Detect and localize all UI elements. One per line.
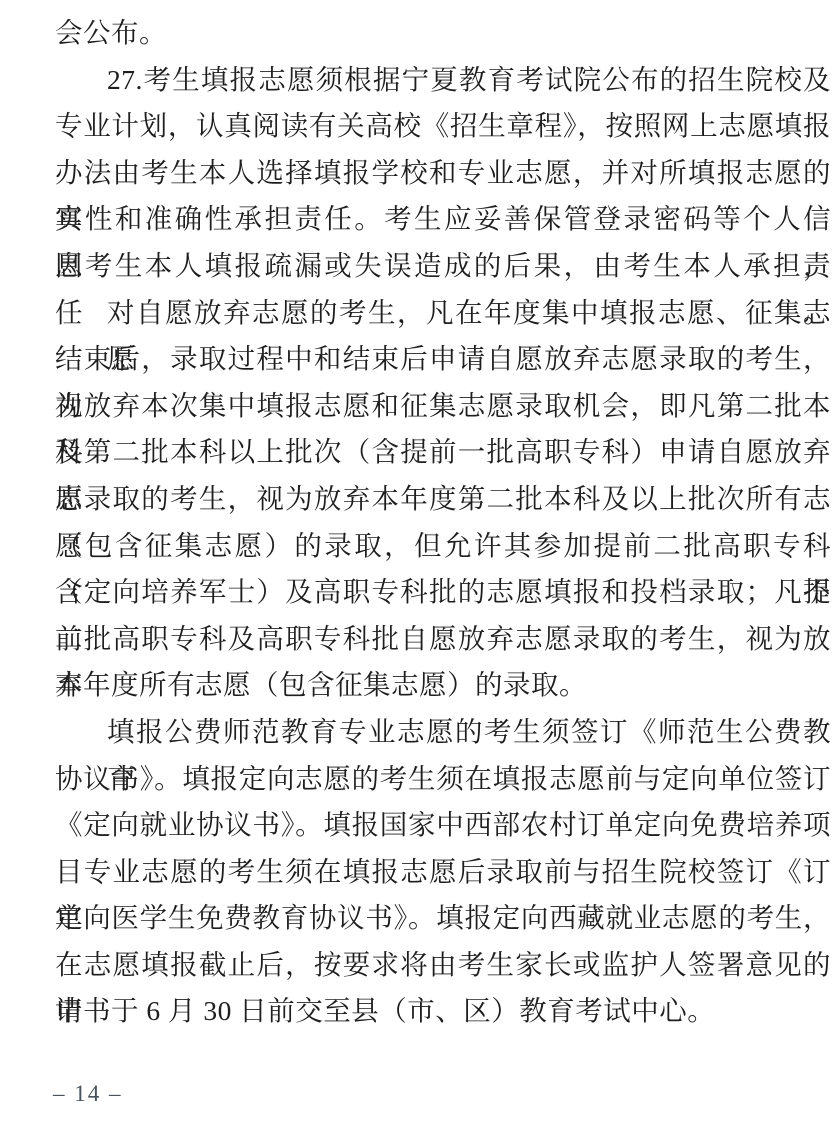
text-line: 二批高职专科及高职专科批自愿放弃志愿录取的考生，视为放弃: [55, 616, 831, 663]
text-line: 为放弃本次集中填报志愿和征集志愿录取机会，即凡第二批本科: [55, 383, 831, 430]
text-line: 27.考生填报志愿须根据宁夏教育考试院公布的招生院校及: [55, 57, 831, 104]
text-line: 对自愿放弃志愿的考生，凡在年度集中填报志愿、征集志愿: [55, 290, 831, 337]
text-line: 结束后，录取过程中和结束后申请自愿放弃志愿录取的考生，视: [55, 336, 831, 383]
text-line: 专业计划，认真阅读有关高校《招生章程》，按照网上志愿填报: [55, 103, 831, 150]
text-line: 办法由考生本人选择填报学校和专业志愿，并对所填报志愿的真: [55, 150, 831, 197]
text-line: 及第二批本科以上批次（含提前一批高职专科）申请自愿放弃志: [55, 429, 831, 476]
text-line: 实性和准确性承担责任。考生应妥善保管登录密码等个人信息，: [55, 196, 831, 243]
text-line: 《定向就业协议书》。填报国家中西部农村订单定向免费培养项: [55, 802, 831, 849]
text-line: 在志愿填报截止后，按要求将由考生家长或监护人签署意见的申: [55, 942, 831, 989]
text-line: 本年度所有志愿（包含征集志愿）的录取。: [55, 662, 831, 709]
document-page: 会公布。27.考生填报志愿须根据宁夏教育考试院公布的招生院校及专业计划，认真阅读…: [0, 0, 837, 1145]
text-line: 愿录取的考生，视为放弃本年度第二批本科及以上批次所有志愿: [55, 476, 831, 523]
document-body: 会公布。27.考生填报志愿须根据宁夏教育考试院公布的招生院校及专业计划，认真阅读…: [55, 10, 831, 1035]
page-number: – 14 –: [53, 1080, 123, 1108]
text-line: （包含征集志愿）的录取，但允许其参加提前二批高职专科（不: [55, 523, 831, 570]
text-line: 协议书》。填报定向志愿的考生须在填报志愿前与定向单位签订: [55, 756, 831, 803]
text-line: 因考生本人填报疏漏或失误造成的后果，由考生本人承担责任。: [55, 243, 831, 290]
text-line: 定向医学生免费教育协议书》。填报定向西藏就业志愿的考生，: [55, 895, 831, 942]
text-line: 请书于 6 月 30 日前交至县（市、区）教育考试中心。: [55, 988, 831, 1035]
text-line: 填报公费师范教育专业志愿的考生须签订《师范生公费教育: [55, 709, 831, 756]
text-line: 含定向培养军士）及高职专科批的志愿填报和投档录取；凡提前: [55, 569, 831, 616]
text-line: 会公布。: [55, 10, 831, 57]
text-line: 目专业志愿的考生须在填报志愿后录取前与招生院校签订《订单: [55, 849, 831, 896]
